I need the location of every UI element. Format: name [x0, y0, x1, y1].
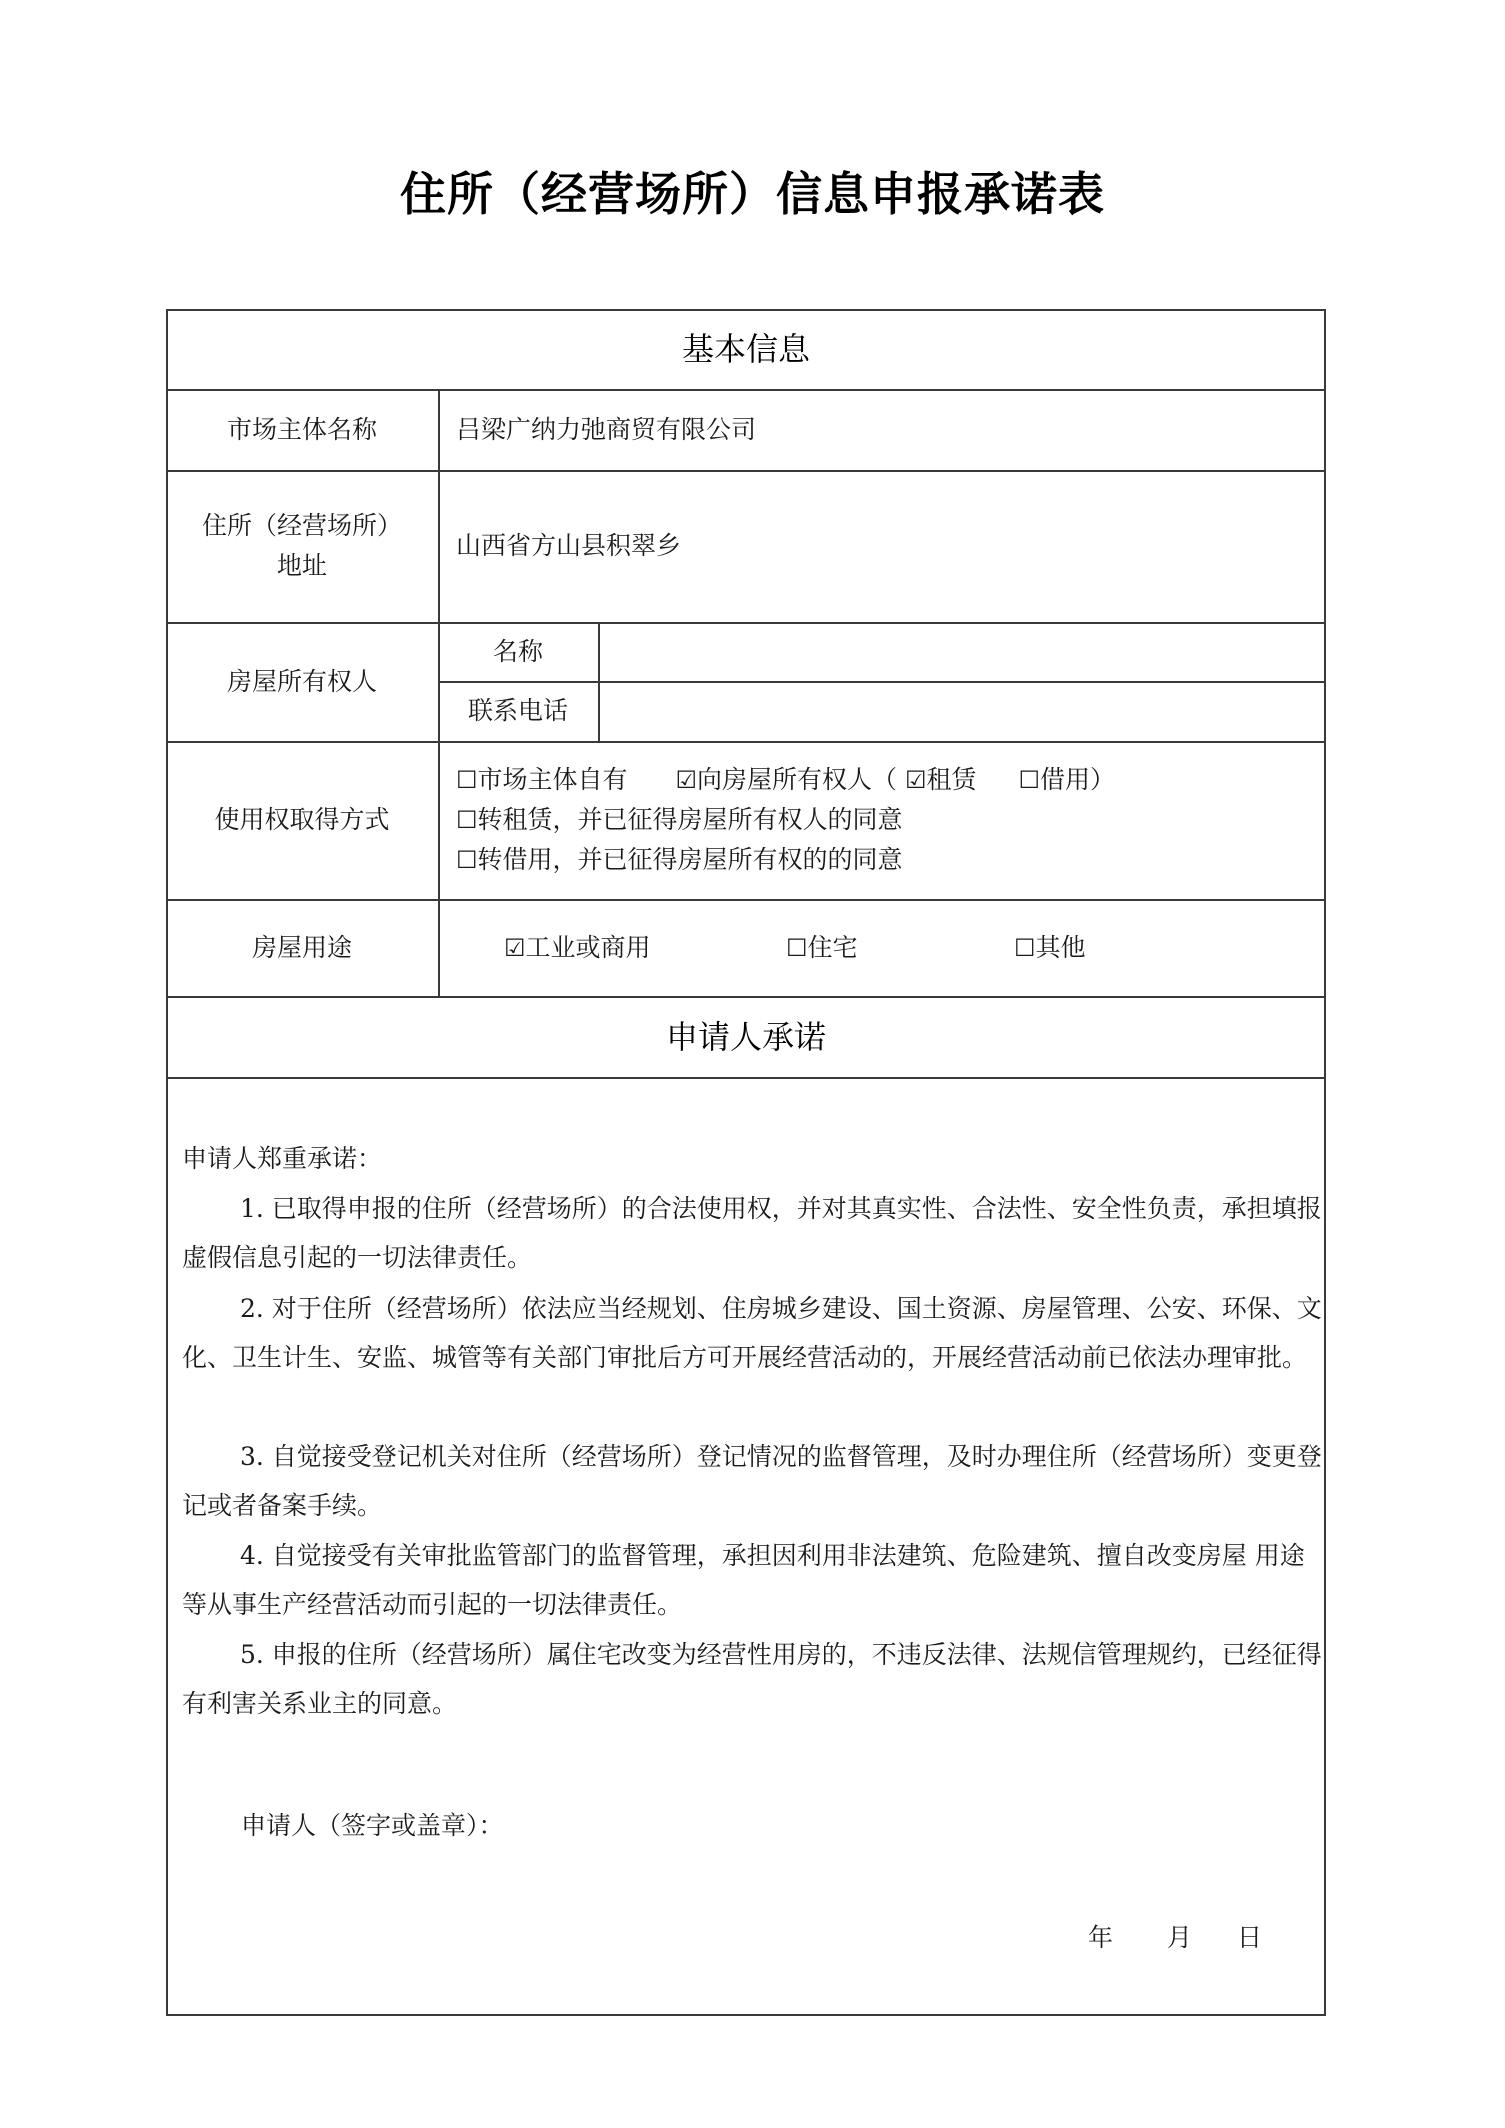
pledge-item-5: 5. 申报的住所（经营场所）属住宅改变为经营性用房的，不违反法律、法规信管理规约…: [182, 1630, 1322, 1728]
option-from-owner[interactable]: ☑向房屋所有权人（: [675, 765, 897, 794]
document-title: 住所（经营场所）信息申报承诺表: [0, 158, 1505, 224]
address-value[interactable]: 山西省方山县积翠乡: [456, 470, 1316, 622]
date-month-label: 月: [1167, 1918, 1192, 1954]
pledge-item-2: 2. 对于住所（经营场所）依法应当经规划、住房城乡建设、国土资源、房屋管理、公安…: [182, 1284, 1322, 1382]
option-subborrow[interactable]: ☐转借用，并已征得房屋所有权的的同意: [456, 840, 903, 880]
option-sublease-label: 转租赁，并已征得房屋所有权人的同意: [478, 805, 903, 834]
option-self-owned-label: 市场主体自有: [478, 765, 628, 794]
option-subborrow-label: 转借用，并已征得房屋所有权的的同意: [478, 845, 903, 874]
address-label-line2: 地址: [277, 546, 327, 586]
signature-label: 申请人（签字或盖章）：: [241, 1806, 504, 1842]
pledge-item-1: 1. 已取得申报的住所（经营场所）的合法使用权，并对其真实性、合法性、安全性负责…: [182, 1184, 1322, 1282]
option-commercial[interactable]: ☑工业或商用: [504, 928, 651, 968]
right-of-use-options: ☐市场主体自有 ☑向房屋所有权人（ ☑租赁 ☐借用） ☐转租赁，并已征得房屋所有…: [456, 741, 1316, 899]
checkbox-unchecked-icon[interactable]: ☐: [456, 766, 478, 794]
owner-phone-label: 联系电话: [438, 681, 598, 741]
option-commercial-label: 工业或商用: [526, 933, 651, 962]
date-year-label: 年: [1088, 1918, 1113, 1954]
option-self-owned[interactable]: ☐市场主体自有: [456, 765, 628, 794]
pledge-item-3: 3. 自觉接受登记机关对住所（经营场所）登记情况的监督管理，及时办理住所（经营场…: [182, 1432, 1322, 1530]
right-options-line1: ☐市场主体自有 ☑向房屋所有权人（ ☑租赁 ☐借用）: [456, 760, 1115, 800]
pledge-intro: 申请人郑重承诺：: [182, 1134, 1322, 1183]
row-divider: [166, 1077, 1326, 1079]
checkbox-unchecked-icon[interactable]: ☐: [456, 846, 478, 874]
entity-name-label: 市场主体名称: [166, 389, 438, 470]
checkbox-unchecked-icon[interactable]: ☐: [1014, 934, 1036, 962]
checkbox-unchecked-icon[interactable]: ☐: [456, 806, 478, 834]
option-borrow[interactable]: ☐借用）: [1018, 765, 1115, 794]
section-heading-basic-info: 基本信息: [166, 309, 1326, 389]
signature-area[interactable]: [560, 1800, 1060, 1850]
usage-label: 房屋用途: [166, 899, 438, 996]
entity-name-value[interactable]: 吕梁广纳力弛商贸有限公司: [456, 389, 1316, 470]
option-from-owner-label: 向房屋所有权人（: [697, 765, 897, 794]
checkbox-unchecked-icon[interactable]: ☐: [1018, 766, 1040, 794]
option-other[interactable]: ☐其他: [1014, 928, 1086, 968]
option-residential[interactable]: ☐住宅: [786, 928, 858, 968]
owner-phone-field[interactable]: [612, 681, 1312, 741]
checkbox-checked-icon[interactable]: ☑: [905, 766, 927, 794]
usage-options: ☑工业或商用 ☐住宅 ☐其他: [438, 899, 1326, 996]
checkbox-checked-icon[interactable]: ☑: [675, 766, 697, 794]
owner-label: 房屋所有权人: [166, 622, 438, 741]
right-of-use-label: 使用权取得方式: [166, 741, 438, 899]
option-other-label: 其他: [1036, 933, 1086, 962]
option-sublease[interactable]: ☐转租赁，并已征得房屋所有权人的同意: [456, 800, 903, 840]
option-borrow-label: 借用）: [1040, 765, 1115, 794]
option-lease[interactable]: ☑租赁: [905, 765, 977, 794]
option-lease-label: 租赁: [926, 765, 976, 794]
owner-name-field[interactable]: [612, 622, 1312, 681]
pledge-item-4: 4. 自觉接受有关审批监管部门的监督管理，承担因利用非法建筑、危险建筑、擅自改变…: [182, 1531, 1322, 1629]
checkbox-unchecked-icon[interactable]: ☐: [786, 934, 808, 962]
checkbox-checked-icon[interactable]: ☑: [504, 934, 526, 962]
address-label-line1: 住所（经营场所）: [202, 506, 402, 546]
owner-name-label: 名称: [438, 622, 598, 681]
address-label: 住所（经营场所） 地址: [166, 470, 438, 622]
column-divider: [598, 622, 600, 741]
option-residential-label: 住宅: [808, 933, 858, 962]
section-heading-pledge: 申请人承诺: [166, 996, 1326, 1077]
date-day-label: 日: [1237, 1918, 1262, 1954]
